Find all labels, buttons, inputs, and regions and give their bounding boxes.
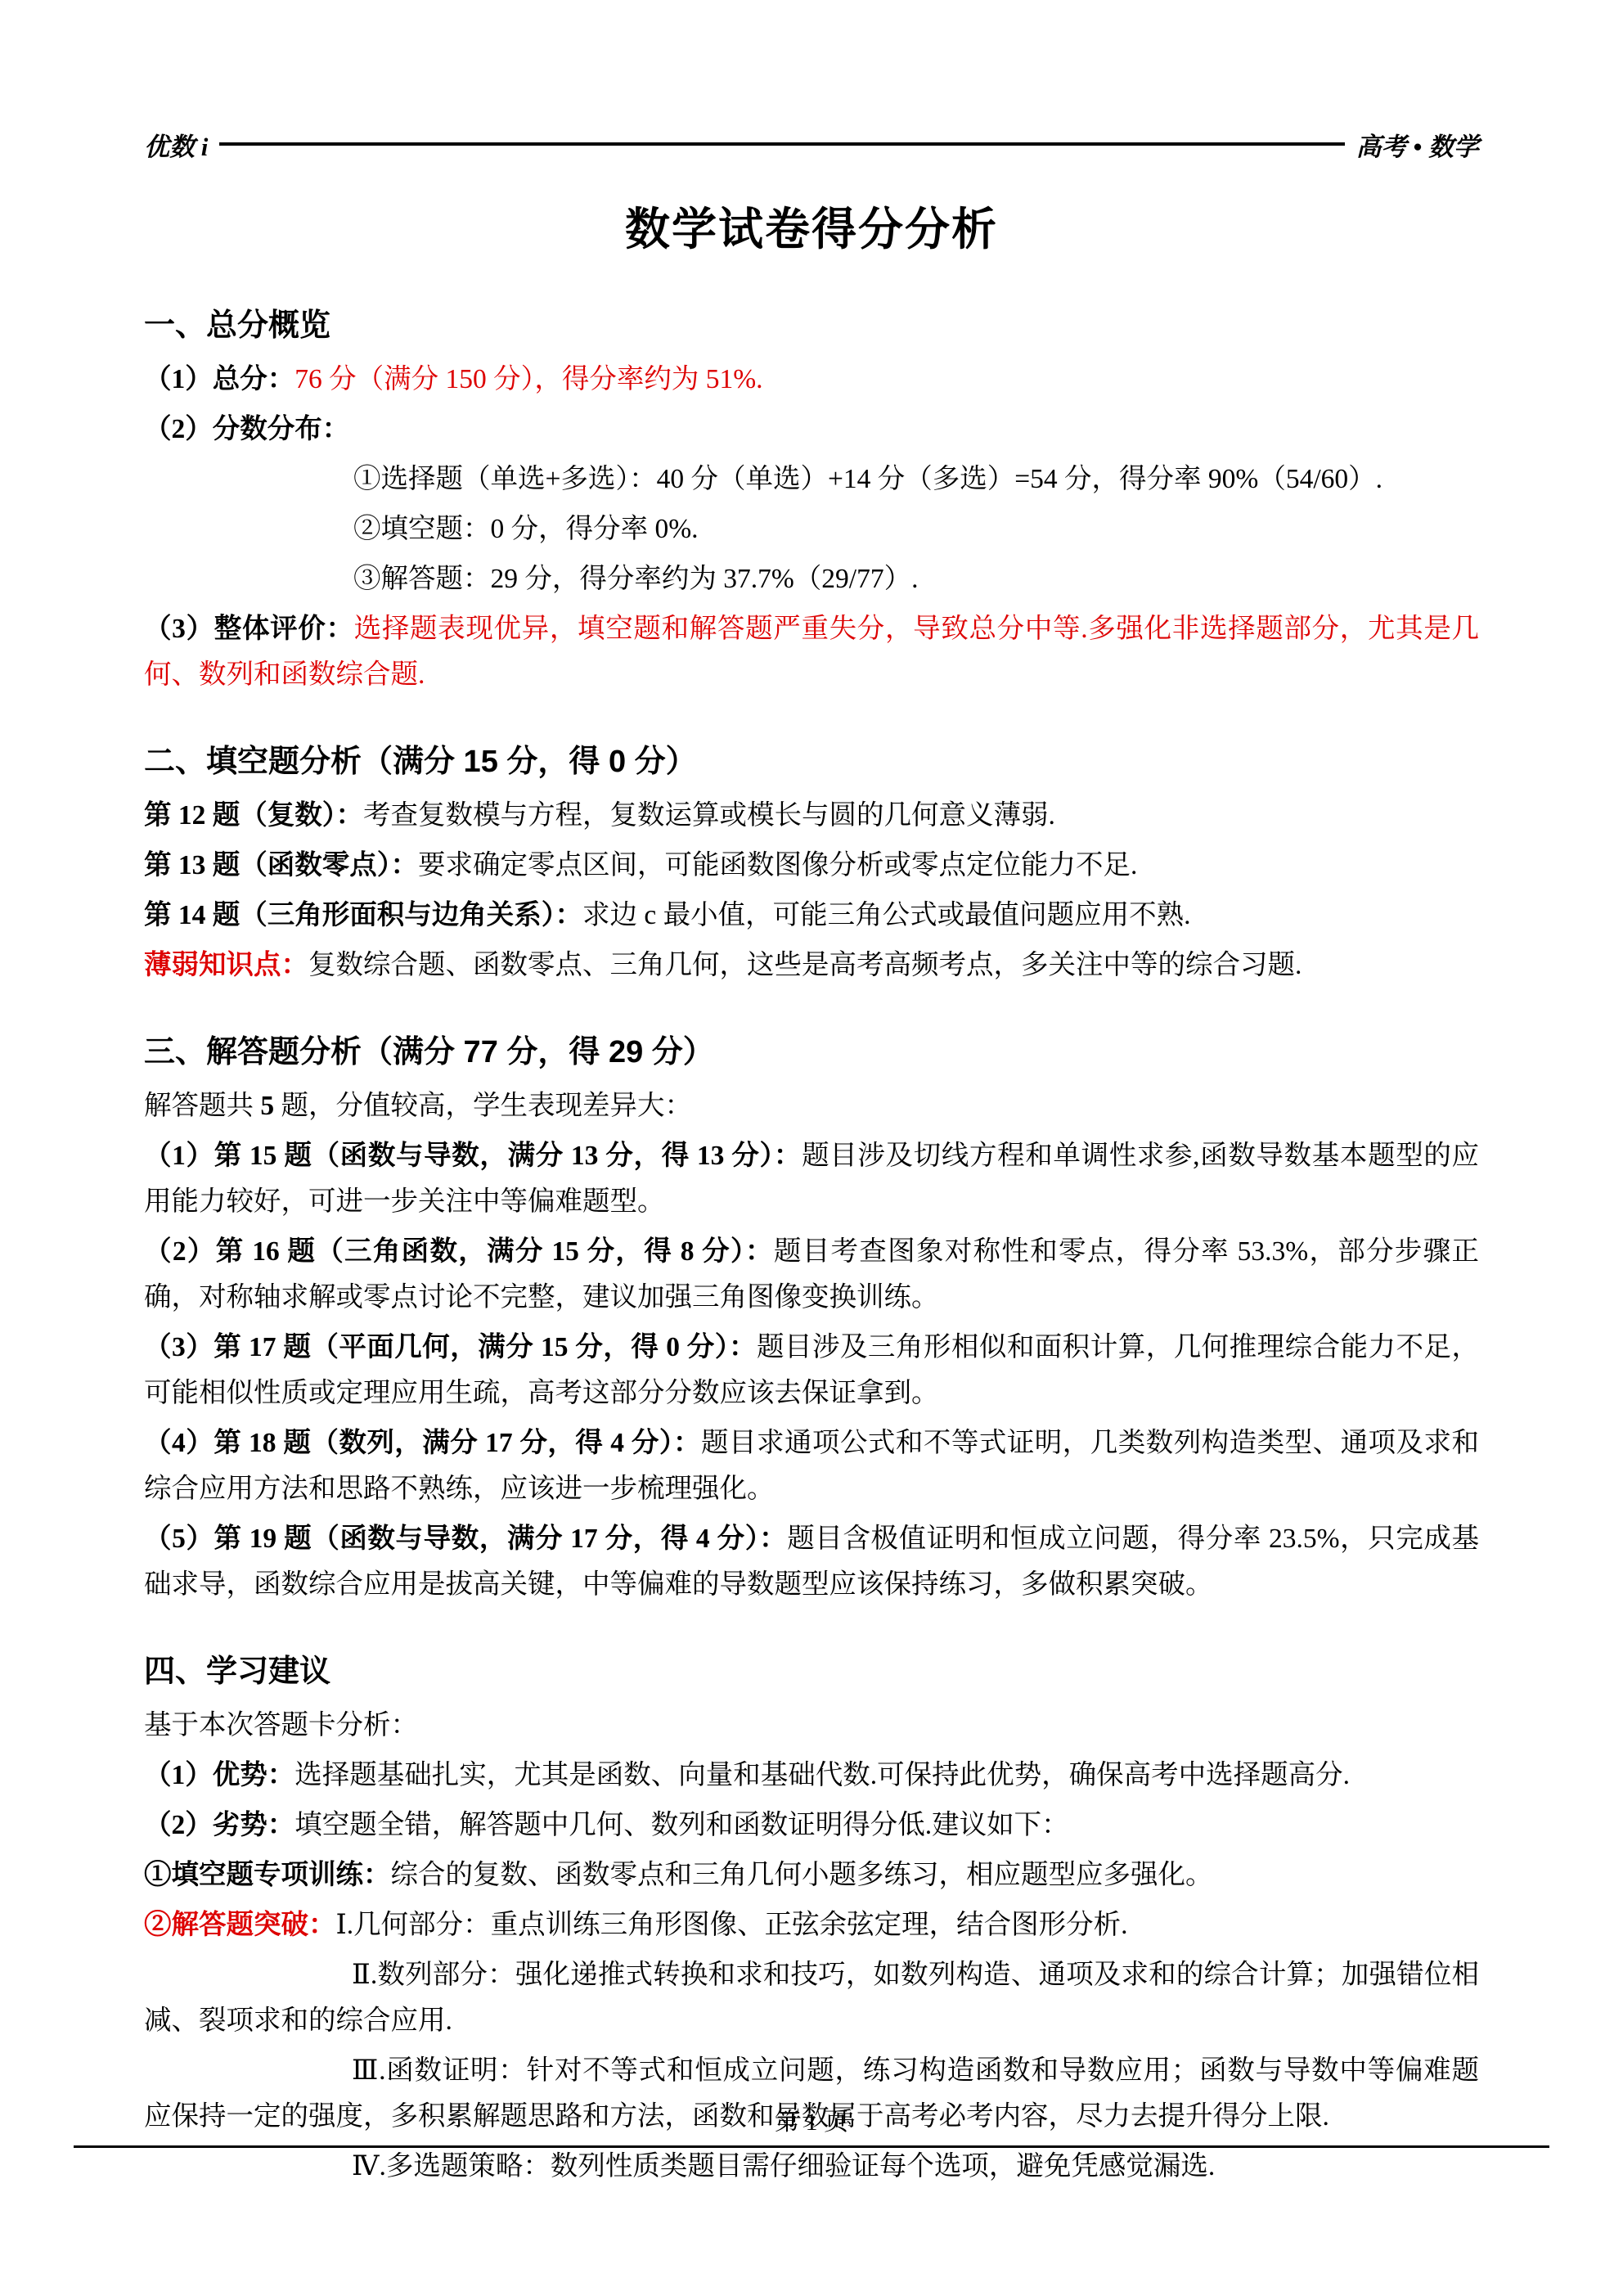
solve-item-q19-label: （5）第 19 题（函数与导数，满分 17 分，得 4 分）： (144, 1524, 787, 1554)
blank-q14-text: 求边 c 最小值，可能三角公式或最值问题应用不熟. (582, 900, 1191, 930)
overview-total-line: （1）总分：76 分（满分 150 分），得分率约为 51%. (144, 357, 1479, 403)
advice-tip2-sequence-label: Ⅱ.数列部分： (352, 1960, 515, 1990)
overview-total-label: （1）总分： (144, 364, 294, 394)
advice-tip2-multichoice-label: Ⅳ.多选题策略： (352, 2151, 551, 2181)
overview-dist-choice-line: ①选择题（单选+多选）：40 分（单选）+14 分（多选）=54 分，得分率 9… (353, 457, 1479, 502)
solve-item-q18-label: （4）第 18 题（数列，满分 17 分，得 4 分）： (144, 1428, 701, 1458)
blank-q13-label: 第 13 题（函数零点）： (144, 850, 418, 880)
advice-tip2-geometry-line: ②解答题突破：Ⅰ.几何部分：重点训练三角形图像、正弦余弦定理，结合图形分析. (144, 1902, 1479, 1948)
advice-tip2-geometry-text: 重点训练三角形图像、正弦余弦定理，结合图形分析. (491, 1910, 1128, 1940)
advice-strength-line: （1）优势：选择题基础扎实，尤其是函数、向量和基础代数.可保持此优势，确保高考中… (144, 1753, 1479, 1799)
page-title: 数学试卷得分分析 (144, 203, 1479, 257)
blank-q12-label: 第 12 题（复数）： (144, 800, 363, 831)
blank-q14-label: 第 14 题（三角形面积与边角关系）： (144, 900, 582, 930)
solve-item-q19: （5）第 19 题（函数与导数，满分 17 分，得 4 分）：题目含极值证明和恒… (144, 1516, 1479, 1608)
blank-q12-line: 第 12 题（复数）：考查复数模与方程，复数运算或模长与圆的几何意义薄弱. (144, 793, 1479, 839)
advice-tip1-line: ①填空题专项训练：综合的复数、函数零点和三角几何小题多练习，相应题型应多强化。 (144, 1853, 1479, 1898)
section-advice-heading: 四、学习建议 (144, 1649, 1479, 1695)
advice-weakness-label: （2）劣势： (144, 1810, 294, 1840)
overview-dist-solve-line: ③解答题：29 分，得分率约为 37.7%（29/77）. (353, 556, 1479, 602)
blank-q13-line: 第 13 题（函数零点）：要求确定零点区间，可能函数图像分析或零点定位能力不足. (144, 843, 1479, 889)
solve-item-q15-label: （1）第 15 题（函数与导数，满分 13 分，得 13 分）： (144, 1141, 802, 1171)
overview-total-value: 76 分（满分 150 分），得分率约为 51%. (294, 364, 762, 394)
solve-intro-post: 题，分值较高，学生表现差异大： (274, 1091, 692, 1121)
advice-tip2-sequence-text: 强化递推式转换和求和技巧，如数列构造、通项及求和的综合计算；加强错位相减、裂项求… (144, 1960, 1479, 2036)
blank-q13-text: 要求确定零点区间，可能函数图像分析或零点定位能力不足. (418, 850, 1137, 880)
footer-page-number: 第 1 页 (775, 2109, 848, 2136)
blank-weakpoints-text: 复数综合题、函数零点、三角几何，这些是高考高频考点，多关注中等的综合习题. (308, 950, 1302, 980)
advice-tip1-text: 综合的复数、函数零点和三角几何小题多练习，相应题型应多强化。 (391, 1860, 1213, 1890)
page-footer: 第 1 页 (74, 2100, 1549, 2148)
advice-intro-line: 基于本次答题卡分析： (144, 1703, 1479, 1749)
advice-tip2-label: ②解答题突破： (144, 1910, 336, 1940)
overview-dist-blank-line: ②填空题：0 分，得分率 0%. (353, 506, 1479, 552)
blank-weakpoints-label: 薄弱知识点： (144, 950, 308, 980)
advice-tip2-geometry-label: Ⅰ.几何部分： (336, 1910, 491, 1940)
section-blank-heading: 二、填空题分析（满分 15 分，得 0 分） (144, 739, 1479, 785)
solve-item-q16-label: （2）第 16 题（三角函数，满分 15 分，得 8 分）： (144, 1236, 774, 1267)
solve-item-q17: （3）第 17 题（平面几何，满分 15 分，得 0 分）：题目涉及三角形相似和… (144, 1325, 1479, 1416)
solve-item-q15: （1）第 15 题（函数与导数，满分 13 分，得 13 分）：题目涉及切线方程… (144, 1133, 1479, 1225)
solve-item-q18: （4）第 18 题（数列，满分 17 分，得 4 分）：题目求通项公式和不等式证… (144, 1420, 1479, 1512)
header-rule (219, 142, 1344, 146)
document-page: 优数 i 高考 • 数学 数学试卷得分分析 一、总分概览 （1）总分：76 分（… (0, 0, 1623, 2296)
advice-tip2-function-label: Ⅲ.函数证明： (352, 2055, 527, 2086)
overview-overall-label: （3）整体评价： (144, 614, 354, 644)
solve-item-q17-label: （3）第 17 题（平面几何，满分 15 分，得 0 分）： (144, 1332, 757, 1362)
page-header: 优数 i 高考 • 数学 (144, 123, 1479, 165)
advice-tip1-label: ①填空题专项训练： (144, 1860, 391, 1890)
blank-q14-line: 第 14 题（三角形面积与边角关系）：求边 c 最小值，可能三角公式或最值问题应… (144, 893, 1479, 939)
solve-intro-count: 5 (260, 1091, 274, 1121)
advice-tip2-multichoice-line: Ⅳ.多选题策略：数列性质类题目需仔细验证每个选项，避免凭感觉漏选. (144, 2144, 1479, 2190)
advice-weakness-line: （2）劣势：填空题全错，解答题中几何、数列和函数证明得分低.建议如下： (144, 1803, 1479, 1848)
section-solve-heading: 三、解答题分析（满分 77 分，得 29 分） (144, 1029, 1479, 1075)
blank-q12-text: 考查复数模与方程，复数运算或模长与圆的几何意义薄弱. (363, 800, 1055, 831)
overview-dist-label: （2）分数分布： (144, 414, 349, 444)
solve-intro-line: 解答题共 5 题，分值较高，学生表现差异大： (144, 1083, 1479, 1129)
advice-strength-text: 选择题基础扎实，尤其是函数、向量和基础代数.可保持此优势，确保高考中选择题高分. (294, 1760, 1350, 1790)
blank-weakpoints-line: 薄弱知识点：复数综合题、函数零点、三角几何，这些是高考高频考点，多关注中等的综合… (144, 943, 1479, 988)
header-subject: 高考 • 数学 (1356, 126, 1479, 163)
solve-item-q16: （2）第 16 题（三角函数，满分 15 分，得 8 分）：题目考查图象对称性和… (144, 1229, 1479, 1321)
overview-overall-line: （3）整体评价：选择题表现优异，填空题和解答题严重失分，导致总分中等.多强化非选… (144, 606, 1479, 698)
overview-dist-label-line: （2）分数分布： (144, 407, 1479, 452)
advice-tip2-sequence-line: Ⅱ.数列部分：强化递推式转换和求和技巧，如数列构造、通项及求和的综合计算；加强错… (144, 1952, 1479, 2044)
advice-strength-label: （1）优势： (144, 1760, 294, 1790)
advice-weakness-text: 填空题全错，解答题中几何、数列和函数证明得分低.建议如下： (294, 1810, 1068, 1840)
advice-tip2-multichoice-text: 数列性质类题目需仔细验证每个选项，避免凭感觉漏选. (551, 2151, 1215, 2181)
section-overview-heading: 一、总分概览 (144, 303, 1479, 349)
solve-intro-pre: 解答题共 (144, 1091, 260, 1121)
header-brand: 优数 i (144, 126, 208, 163)
